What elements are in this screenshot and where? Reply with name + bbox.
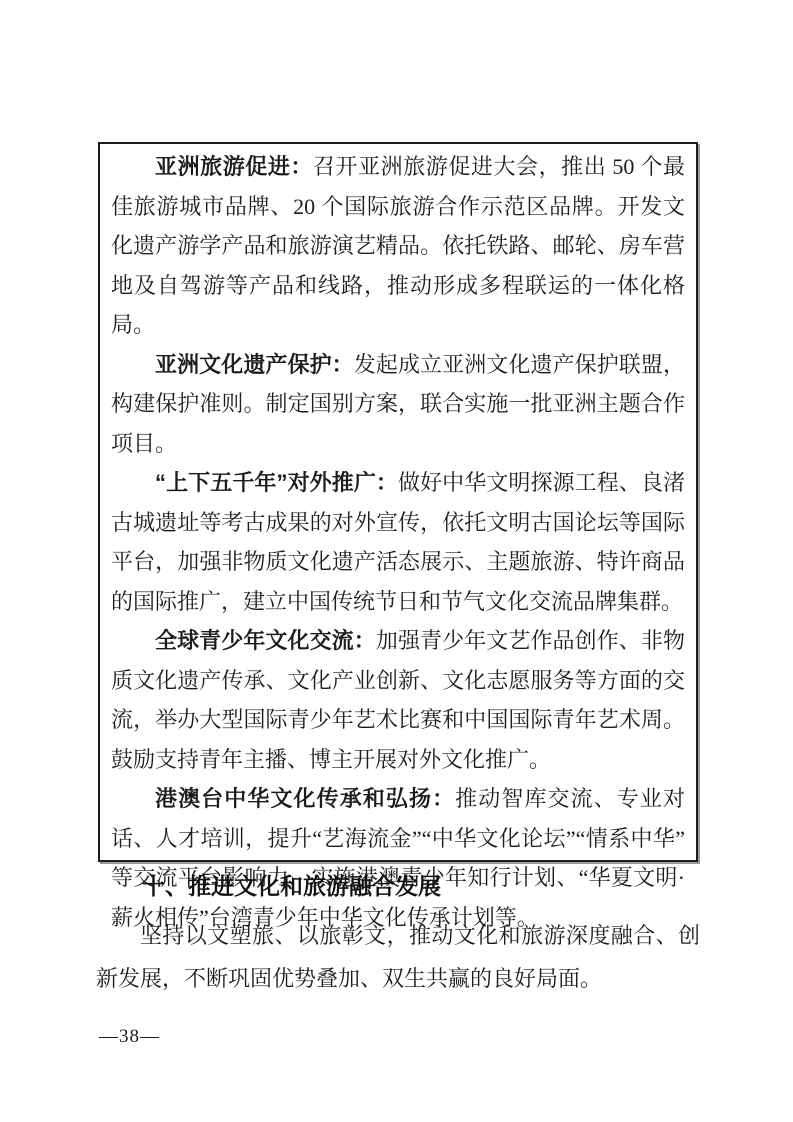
box-paragraph-asia-heritage: 亚洲文化遗产保护：发起成立亚洲文化遗产保护联盟，构建保护准则。制定国别方案，联合… xyxy=(111,345,685,464)
paragraph-lead: 亚洲文化遗产保护： xyxy=(155,352,354,377)
section-heading: 十、推进文化和旅游融合发展 xyxy=(96,870,700,902)
section-ten: 十、推进文化和旅游融合发展 坚持以文塑旅、以旅彰文，推动文化和旅游深度融合、创新… xyxy=(96,870,700,1000)
box-paragraph-asia-tourism: 亚洲旅游促进：召开亚洲旅游促进大会，推出 50 个最佳旅游城市品牌、20 个国际… xyxy=(111,147,685,345)
box-paragraph-5000-years-promotion: “上下五千年”对外推广：做好中华文明探源工程、良渚古城遗址等考古成果的对外宣传，… xyxy=(111,463,685,621)
section-paragraph: 坚持以文塑旅、以旅彰文，推动文化和旅游深度融合、创新发展，不断巩固优势叠加、双生… xyxy=(96,914,700,1000)
document-page: 亚洲旅游促进：召开亚洲旅游促进大会，推出 50 个最佳旅游城市品牌、20 个国际… xyxy=(0,0,793,1122)
paragraph-lead: 全球青少年文化交流： xyxy=(155,628,376,653)
paragraph-body: 召开亚洲旅游促进大会，推出 50 个最佳旅游城市品牌、20 个国际旅游合作示范区… xyxy=(111,154,685,337)
page-number: —38— xyxy=(99,1026,160,1048)
box-paragraph-global-youth-exchange: 全球青少年文化交流：加强青少年文艺作品创作、非物质文化遗产传承、文化产业创新、文… xyxy=(111,621,685,779)
policy-highlight-box: 亚洲旅游促进：召开亚洲旅游促进大会，推出 50 个最佳旅游城市品牌、20 个国际… xyxy=(98,142,698,862)
paragraph-lead: 亚洲旅游促进： xyxy=(155,154,313,179)
paragraph-lead: 港澳台中华文化传承和弘扬： xyxy=(155,786,455,811)
paragraph-lead: “上下五千年”对外推广： xyxy=(155,470,398,495)
